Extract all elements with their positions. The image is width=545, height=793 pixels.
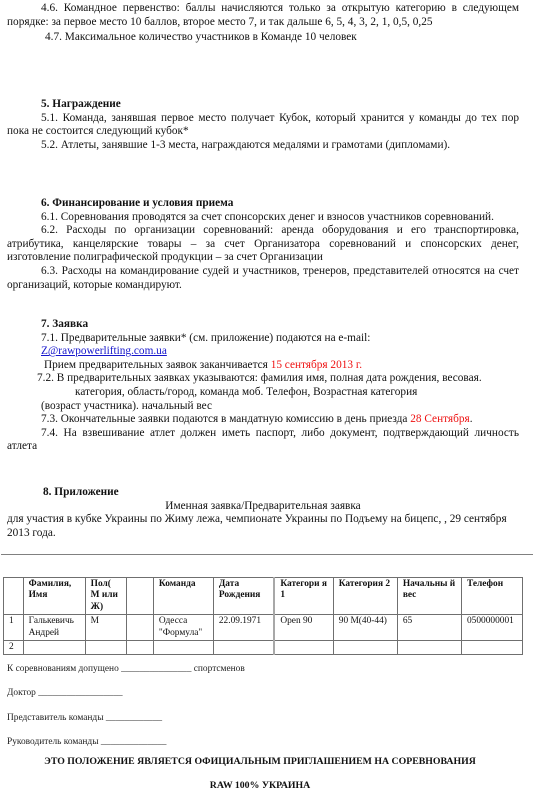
cell-team: Одесса "Формула" [153,615,213,641]
footer-brand: RAW 100% УКРАИНА [0,779,520,793]
header-blank [127,578,154,615]
cell-category-2: 90 М(40-44) [333,615,397,641]
header-sex: Пол( М или Ж) [85,578,126,615]
paragraph-5-1: 5.1. Команда, занявшая первое место полу… [7,112,519,139]
cell-sex [85,641,126,655]
cell-start-weight [397,641,461,655]
cell-blank [127,615,154,641]
horizontal-divider [1,554,533,555]
paragraph-6-1: 6.1. Соревнования проводятся за счет спо… [7,211,519,225]
cell-birthdate: 22.09.1971 [213,615,274,641]
leader-line: Руководитель команды ______________ [7,736,166,750]
cell-number: 1 [4,615,24,641]
header-category-2: Категория 2 [333,578,397,615]
table-header-row: Фамилия, Имя Пол( М или Ж) Команда Дата … [4,578,523,615]
cell-sex: М [85,615,126,641]
deadline-prefix: Прием предварительных заявок заканчивает… [44,359,271,371]
header-category-1: Категори я 1 [274,578,333,615]
section-6: 6. Финансирование и условия приема 6.1. … [7,197,519,292]
paragraph-7-1: 7.1. Предварительные заявки* (см. прилож… [7,332,519,346]
cell-category-1: Open 90 [274,615,333,641]
paragraph-7-2-line-1: 7.2. В предварительных заявках указывают… [7,372,519,386]
cell-team [153,641,213,655]
header-name: Фамилия, Имя [23,578,85,615]
cell-number: 2 [4,641,24,655]
cell-category-1 [274,641,333,655]
admitted-line: К соревнованиям допущено _______________… [7,663,245,677]
header-team: Команда [153,578,213,615]
header-phone: Телефон [461,578,522,615]
section-4: 4.6. Командное первенство: баллы начисля… [7,2,519,45]
representative-line: Представитель команды ____________ [7,712,162,726]
paragraph-7-3-suffix: . [470,413,473,425]
section-8: 8. Приложение Именная заявка/Предварител… [7,486,519,540]
header-number [4,578,24,615]
paragraph-4-6: 4.6. Командное первенство: баллы начисля… [7,2,519,29]
cell-category-2 [333,641,397,655]
paragraph-4-7: 4.7. Максимальное количество участников … [7,31,519,45]
cell-name: Галькевичь Андрей [23,615,85,641]
section-7: 7. Заявка 7.1. Предварительные заявки* (… [7,318,519,454]
section-5: 5. Награждение 5.1. Команда, занявшая пе… [7,98,519,152]
arrival-date: 28 Сентября [410,413,469,425]
paragraph-5-2: 5.2. Атлеты, занявшие 1-3 места, награжд… [7,139,519,153]
paragraph-7-3-text: 7.3. Окончательные заявки подаются в ман… [41,413,410,425]
application-table: Фамилия, Имя Пол( М или Ж) Команда Дата … [3,577,523,655]
paragraph-7-3: 7.3. Окончательные заявки подаются в ман… [7,413,519,427]
cell-phone: 0500000001 [461,615,522,641]
cell-birthdate [213,641,274,655]
doctor-line: Доктор __________________ [7,687,123,701]
cell-phone [461,641,522,655]
section-5-heading: 5. Награждение [7,98,519,112]
email-link[interactable]: Z@rawpowerlifting.com.ua [41,345,167,357]
table-row: 1 Галькевичь Андрей М Одесса "Формула" 2… [4,615,523,641]
table-row: 2 [4,641,523,655]
paragraph-7-2-line-3: (возраст участника). начальный вес [7,400,519,414]
form-subtitle: для участия в кубке Украины по Жиму лежа… [7,513,519,540]
cell-blank [127,641,154,655]
paragraph-7-4: 7.4. На взвешивание атлет должен иметь п… [7,427,519,454]
cell-start-weight: 65 [397,615,461,641]
deadline-date: 15 сентября 2013 г. [271,359,362,371]
cell-name [23,641,85,655]
paragraph-6-3: 6.3. Расходы на командирование судей и у… [7,265,519,292]
section-8-heading: 8. Приложение [7,486,519,500]
header-birthdate: Дата Рождения [213,578,274,615]
footer-invitation: ЭТО ПОЛОЖЕНИЕ ЯВЛЯЕТСЯ ОФИЦИАЛЬНЫМ ПРИГЛ… [0,755,520,769]
paragraph-6-2: 6.2. Расходы по организации соревнований… [7,224,519,265]
header-start-weight: Начальны й вес [397,578,461,615]
section-6-heading: 6. Финансирование и условия приема [7,197,519,211]
deadline-line: Прием предварительных заявок заканчивает… [7,359,519,373]
form-title: Именная заявка/Предварительная заявка [7,500,519,514]
paragraph-7-2-line-2: категория, область/город, команда моб. Т… [7,386,519,400]
section-7-heading: 7. Заявка [7,318,519,332]
